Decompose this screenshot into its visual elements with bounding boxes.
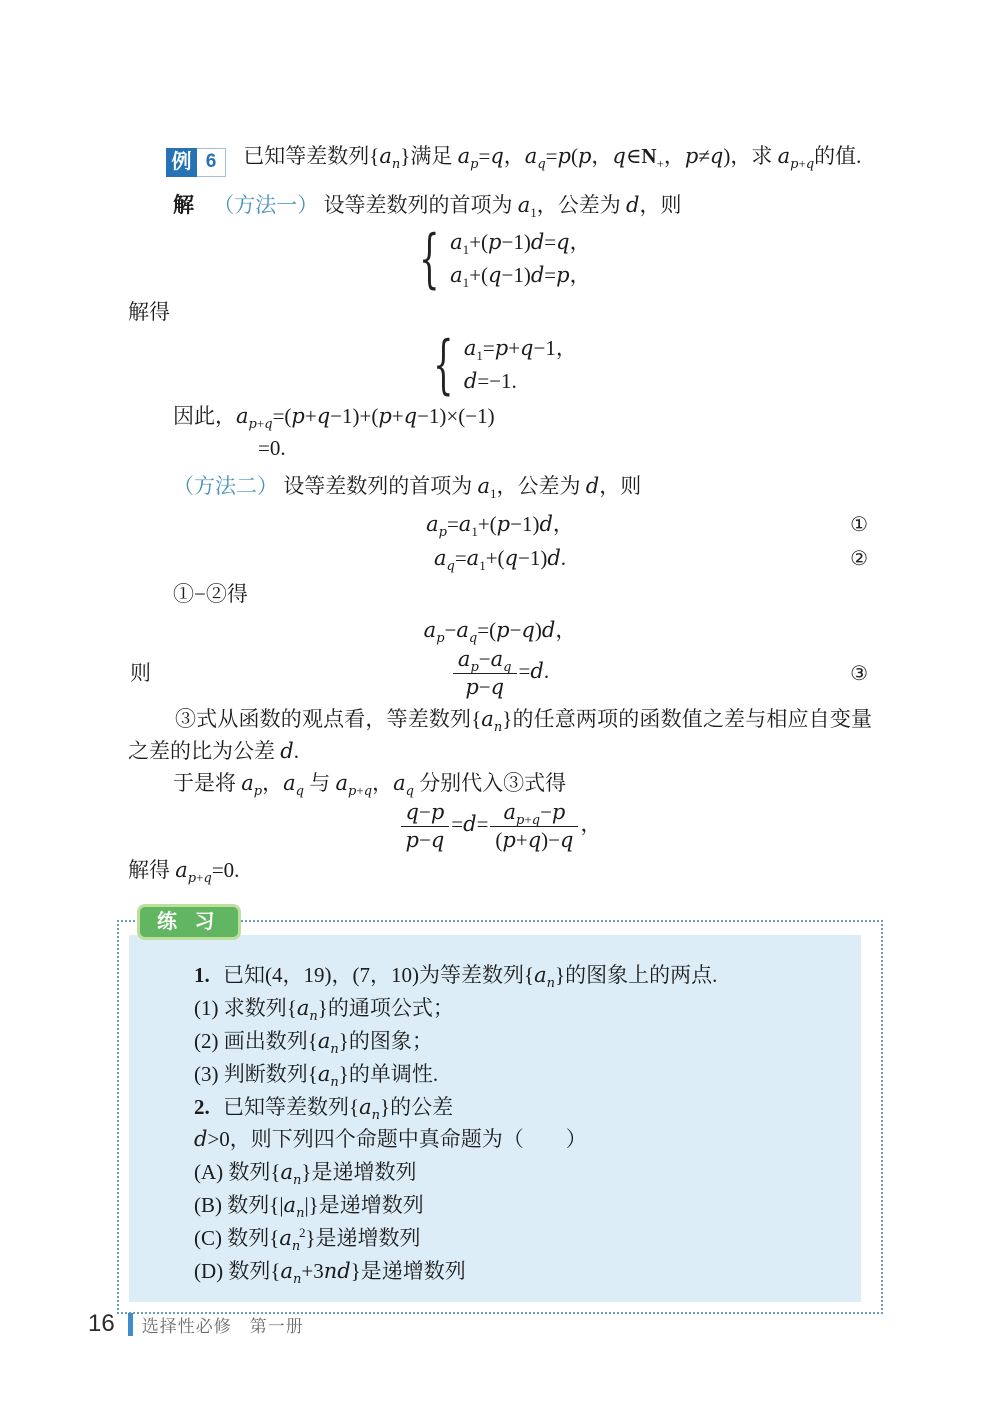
example-badge-number: 6 <box>197 148 226 177</box>
numbered-equation-3: 则 ap−aqp−q=d. ③ <box>128 648 872 699</box>
left-brace: { <box>433 333 453 397</box>
equation-line: aq=a1+(q−1)d. <box>434 546 566 570</box>
equation-line: ap−aqp−q=d. <box>451 659 549 683</box>
system-lines: a1+(p−1)d=q， a1+(q−1)d=p， <box>450 226 590 292</box>
equation-3: ap−aq=(p−q)d， <box>128 614 872 646</box>
hence-result-line: =0. <box>128 432 872 464</box>
equation-line: d=−1. <box>464 365 577 398</box>
method2-line: （方法二） 设等差数列的首项为 a1，公差为 d，则 <box>128 470 872 502</box>
equation-line: ap=a1+(p−1)d， <box>426 512 574 536</box>
page-number: 16 <box>88 1310 115 1338</box>
practice-option: (C) 数列{an2}是递增数列 <box>194 1222 841 1254</box>
practice-subitem: (1) 求数列{an}的通项公式； <box>194 992 841 1024</box>
numbered-equation-2: aq=a1+(q−1)d. ② <box>128 542 872 574</box>
page-footer: 16 选择性必修 第一册 <box>88 1310 304 1338</box>
practice-item-number: 1. <box>194 963 210 987</box>
practice-tab-label: 练 习 <box>137 904 241 940</box>
practice-section: 练 习 1. 已知(4，19)，(7，10)为等差数列{an}的图象上的两点. … <box>117 920 883 1314</box>
solve-label-line: 解得 <box>128 296 872 328</box>
practice-item-text: 已知等差数列{an}的公差 d>0，则下列四个命题中真命题为（ ） <box>194 1095 587 1151</box>
practice-item-text: 已知(4，19)，(7，10)为等差数列{an}的图象上的两点. <box>223 963 717 987</box>
equation-line: q−pp−q=d=ap+q−p(p+q)−q， <box>399 812 602 836</box>
method1-intro: 设等差数列的首项为 a1，公差为 d，则 <box>324 193 682 217</box>
method2-label: （方法二） <box>173 474 278 498</box>
textbook-page: 例 6 已知等差数列{an}满足 ap=q，aq=p(p，q∈N+，p≠q)，求… <box>0 0 1000 1422</box>
equation-line: a1=p+q−1， <box>464 332 577 365</box>
equation-line: a1+(p−1)d=q， <box>450 226 590 259</box>
equation-tag-2: ② <box>850 542 868 574</box>
method2-intro: 设等差数列的首项为 a1，公差为 d，则 <box>283 474 641 498</box>
numbered-equation-1: ap=a1+(p−1)d， ① <box>128 508 872 540</box>
practice-subitem: (2) 画出数列{an}的图象； <box>194 1025 841 1057</box>
hence-line: 因此，ap+q=(p+q−1)+(p+q−1)×(−1) <box>128 400 872 432</box>
solution-label: 解 <box>173 194 194 217</box>
practice-subitem: (3) 判断数列{an}的单调性. <box>194 1058 841 1090</box>
practice-body: 1. 已知(4，19)，(7，10)为等差数列{an}的图象上的两点. (1) … <box>129 935 861 1302</box>
example-badge: 例 6 <box>166 148 226 177</box>
substitute-line: 于是将 ap，aq 与 ap+q，aq 分别代入③式得 <box>128 767 872 799</box>
practice-option: (D) 数列{an+3nd}是递增数列 <box>194 1255 841 1287</box>
left-brace: { <box>420 227 440 291</box>
practice-item-number: 2. <box>194 1095 210 1119</box>
equation-system-1: { a1+(p−1)d=q， a1+(q−1)d=p， <box>128 226 872 292</box>
equation-line: ap−aq=(p−q)d， <box>424 618 577 642</box>
system-lines: a1=p+q−1， d=−1. <box>464 332 577 398</box>
final-answer-line: 解得 ap+q=0. <box>128 854 872 886</box>
example-badge-label: 例 <box>166 148 197 177</box>
practice-option: (B) 数列{|an|}是递增数列 <box>194 1189 841 1221</box>
practice-item-2: 2. 已知等差数列{an}的公差 d>0，则下列四个命题中真命题为（ ） <box>194 1091 841 1155</box>
practice-option: (A) 数列{an}是递增数列 <box>194 1156 841 1188</box>
practice-item-1: 1. 已知(4，19)，(7，10)为等差数列{an}的图象上的两点. <box>194 959 841 991</box>
solution-method1-line: 解 （方法一） 设等差数列的首项为 a1，公差为 d，则 <box>128 189 872 222</box>
method1-label: （方法一） <box>213 193 318 217</box>
footer-book-title: 选择性必修 第一册 <box>142 1312 304 1337</box>
equation-tag-1: ① <box>850 508 868 540</box>
example-title: 已知等差数列{an}满足 ap=q，aq=p(p，q∈N+，p≠q)，求 ap+… <box>243 144 861 168</box>
subtract-line: ①−②得 <box>128 578 872 610</box>
equation-line: a1+(q−1)d=p， <box>450 259 590 292</box>
footer-divider-bar <box>128 1313 133 1336</box>
equation-system-2: { a1=p+q−1， d=−1. <box>128 332 872 398</box>
example-block-heading: 例 6 已知等差数列{an}满足 ap=q，aq=p(p，q∈N+，p≠q)，求… <box>128 140 872 177</box>
content-area: 例 6 已知等差数列{an}满足 ap=q，aq=p(p，q∈N+，p≠q)，求… <box>128 0 872 1314</box>
top-margin <box>128 0 872 140</box>
equation-tag-3: ③ <box>850 657 868 689</box>
then-label: 则 <box>130 657 151 689</box>
equation-5: q−pp−q=d=ap+q−p(p+q)−q， <box>128 801 872 852</box>
analysis-paragraph: ③式从函数的观点看，等差数列{an}的任意两项的函数值之差与相应自变量之差的比为… <box>128 703 872 767</box>
